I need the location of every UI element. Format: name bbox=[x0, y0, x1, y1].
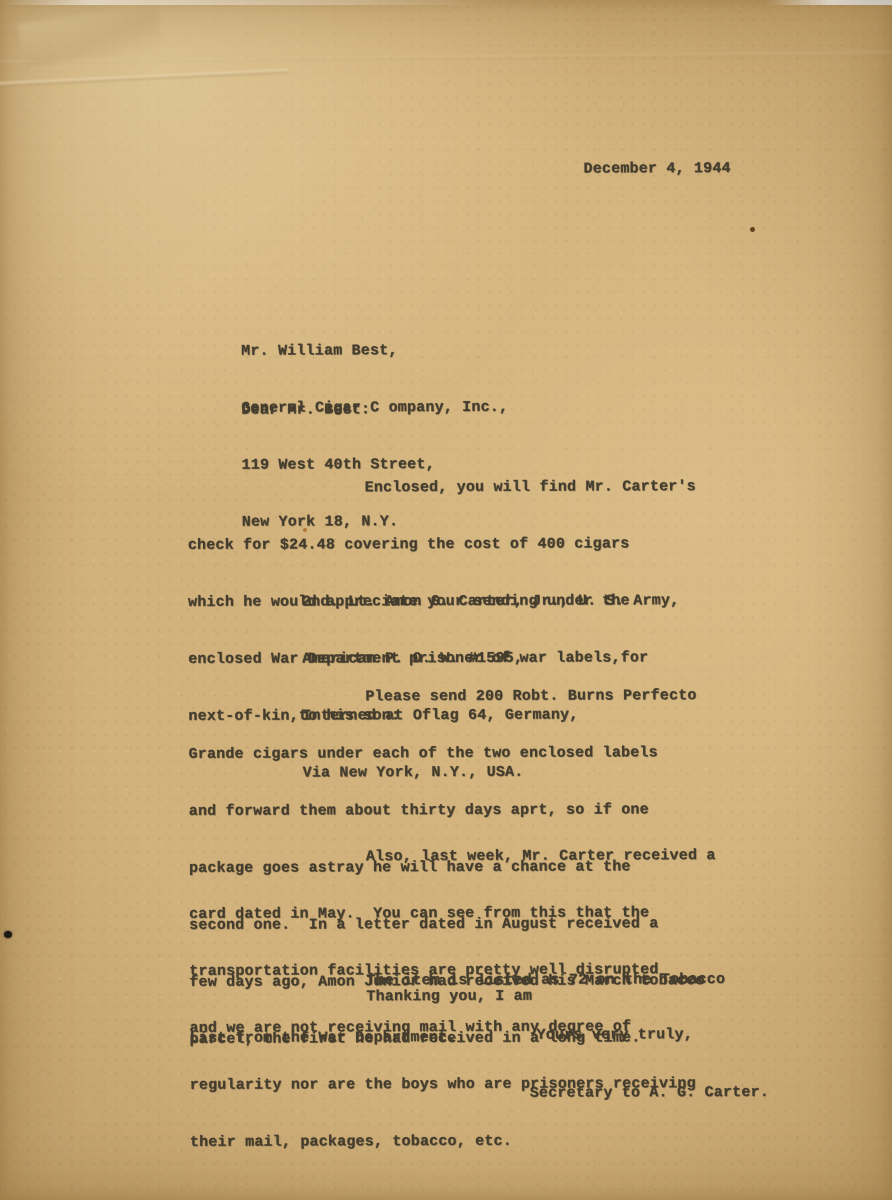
closing-thanks: Thanking you, I am bbox=[366, 987, 532, 1007]
letter-line: their mail, packages, tobacco, etc. bbox=[190, 1131, 717, 1152]
letter-page: December 4, 1944 Mr. William Best, Gener… bbox=[0, 0, 892, 1200]
letter-line: Grande cigars under each of the two encl… bbox=[189, 743, 704, 764]
paragraph-tobacco-list: The item is listed as 72 on the Tobacco … bbox=[189, 932, 725, 1086]
salutation: Dear Mr. Best: bbox=[241, 400, 370, 419]
letter-line: Please send 200 Robt. Burns Perfecto bbox=[365, 686, 703, 706]
pow-address-line: 2nd. Lt. Amon G. Carter, Jr., U. S. Army… bbox=[302, 591, 679, 611]
date-line: December 4, 1944 bbox=[583, 159, 730, 179]
typed-text-layer: December 4, 1944 Mr. William Best, Gener… bbox=[0, 0, 892, 1200]
valediction: Yours very truly, bbox=[536, 1025, 693, 1045]
signature-line: Secretary to A. G. Carter. bbox=[530, 1083, 769, 1103]
address-line: Mr. William Best, bbox=[241, 341, 508, 361]
letter-line: Also, last week, Mr. Carter received a bbox=[366, 846, 716, 866]
letter-line: Enclosed, you will find Mr. Carter's bbox=[365, 477, 696, 497]
letter-line: card dated in May. You can see from this… bbox=[189, 903, 716, 924]
letter-line: check for $24.48 covering the cost of 40… bbox=[188, 534, 696, 555]
